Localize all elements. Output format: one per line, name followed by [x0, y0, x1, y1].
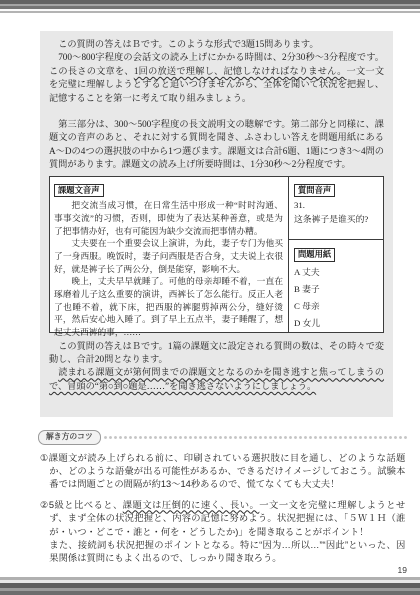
tip2-marker: ② — [40, 500, 49, 510]
scan-top-edge — [0, 0, 420, 13]
option-c: C 母亲 — [294, 298, 378, 315]
answer-sheet-section: 問題用紙 A 丈夫 B 妻子 C 母亲 D 女儿 — [289, 240, 383, 332]
timing-paragraph: 700〜800字程度の会話文の読み上げにかかる時間は、2分30秒〜3分程度です。… — [49, 51, 384, 105]
option-d: D 女儿 — [294, 315, 378, 332]
answer-warning-paragraph: 読まれる課題文が第何問までの課題文となるのかを聞き逃すと焦ってしまうので、冒頭の… — [49, 366, 384, 393]
answer-note-paragraph: この質問の答えはＢです。このような形式で3題15問あります。 — [49, 38, 384, 51]
question-audio-section: 質問音声 31. 这条裤子是谁买的? — [289, 177, 383, 241]
tip2-wavy-text: 課題文は圧倒的に速く、長い。 — [123, 500, 260, 510]
passage-paragraph: 丈夫要在一个重要会议上演讲，为此，妻子专门为他买了一身西服。晚饭时，妻子问西服是… — [54, 237, 283, 275]
passage-column: 課題文音声 把交流当成习惯，在日常生活中形成一种“时时沟通、事事交流”的习惯，否… — [50, 177, 288, 332]
question-audio-label: 質問音声 — [294, 184, 335, 198]
example-box: 課題文音声 把交流当成习惯，在日常生活中形成一种“时时沟通、事事交流”的习惯，否… — [49, 176, 384, 333]
tips-section: 解き方のコツ ①課題文が読み上げられる前に、印刷されている選択肢に目を通し、どの… — [38, 430, 407, 566]
timing-wavy-text: 1回の放送で理解し、記憶しなければなりません。 — [134, 66, 347, 76]
tip1-text: 課題文が読み上げられる前に、印刷されている選択肢に目を通し、どのような話題か、ど… — [49, 453, 406, 490]
tip-item-2: ②5級と比べると、課題文は圧倒的に速く、長い。一文一文を完璧に理解しようとせず、… — [40, 499, 405, 539]
part3-description-paragraph: 第三部分は、300〜500字程度の長文説明文の聴解です。第二部分と同様に、課題文… — [49, 118, 384, 172]
passage-audio-label: 課題文音声 — [54, 184, 104, 198]
option-a: A 丈夫 — [294, 264, 378, 281]
explanation-panel: この質問の答えはＢです。このような形式で3題15問あります。 700〜800字程… — [40, 31, 393, 417]
scan-bottom-edge — [0, 577, 420, 595]
tips-header: 解き方のコツ — [38, 430, 407, 445]
tip-item-2-continuation: また、接続詞も状況把握のポイントとなる。特に“因为…所以…”“因此”といった、因… — [40, 539, 405, 566]
tip-item-1: ①課題文が読み上げられる前に、印刷されている選択肢に目を通し、どのような話題か、… — [40, 452, 405, 492]
passage-paragraph: 晚上，丈夫早早就睡了。可他的母亲却睡不着，一直在琢磨着儿子这么重要的演讲，西裤长… — [54, 275, 283, 339]
dotted-rule — [103, 434, 407, 441]
question-number: 31. — [294, 199, 378, 213]
answer-warning-wavy-text: 読まれる課題文が第何問までの課題文となるのかを聞き逃すと焦ってしまうので、冒頭の… — [49, 367, 384, 390]
passage-paragraph: 把交流当成习惯，在日常生活中形成一种“时时沟通、事事交流”的习惯，否则，即使为了… — [54, 199, 283, 237]
question-text: 这条裤子是谁买的? — [294, 213, 378, 227]
page-number: 19 — [398, 565, 407, 575]
option-b: B 妻子 — [294, 281, 378, 298]
tip1-marker: ① — [40, 453, 49, 463]
tip2-text-pre: 5級と比べると、 — [49, 500, 123, 510]
answer-sheet-label: 問題用紙 — [294, 248, 335, 262]
tips-badge: 解き方のコツ — [38, 430, 101, 445]
answer-explanation-paragraph: この質問の答えはＢです。1篇の課題文に設定される質問の数は、その時々で変動し、合… — [49, 340, 384, 367]
question-answer-column: 質問音声 31. 这条裤子是谁买的? 問題用紙 A 丈夫 B 妻子 C 母亲 D… — [288, 177, 383, 332]
